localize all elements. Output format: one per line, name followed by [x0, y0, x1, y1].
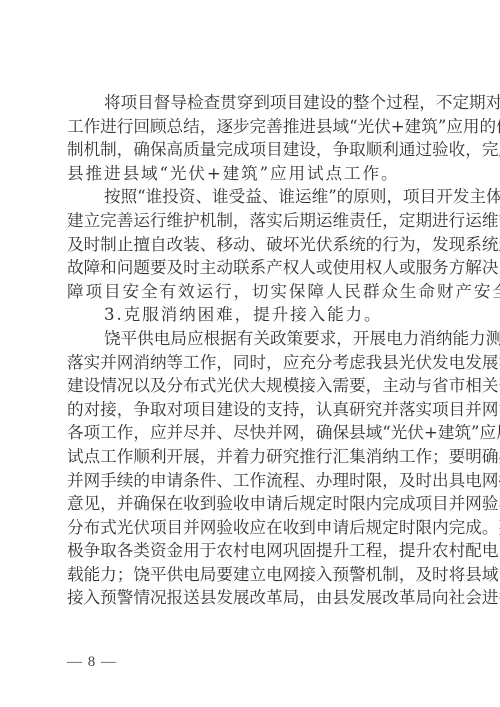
text-line: 分布式光伏项目并网验收应在收到申请后规定时限内完成。要积 [67, 516, 439, 540]
text-line: 意见，并确保在收到验收申请后规定时限内完成项目并网验收。 [67, 492, 439, 516]
body-text: 将项目督导检查贯穿到项目建设的整个过程，不定期对试点 工作进行回顾总结，逐步完善… [67, 91, 439, 610]
text-line: 按照“谁投资、谁受益、谁运维”的原则，项目开发主体要 [67, 185, 439, 209]
page-number: — 8 — [67, 654, 117, 671]
text-line: 极争取各类资金用于农村电网巩固提升工程，提升农村配电网承 [67, 539, 439, 563]
text-line: 接入预警情况报送县发展改革局，由县发展改革局向社会进行公 [67, 586, 439, 610]
section-heading: 3.克服消纳困难，提升接入能力。 [67, 303, 439, 327]
text-line: 各项工作，应并尽并、尽快并网，确保县域“光伏+建筑”应用 [67, 421, 439, 445]
text-line: 载能力；饶平供电局要建立电网接入预警机制，及时将县域电网 [67, 563, 439, 587]
text-line: 并网手续的申请条件、工作流程、办理时限，及时出具电网接入 [67, 469, 439, 493]
text-line: 的对接，争取对项目建设的支持，认真研究并落实项目并网消纳 [67, 398, 439, 422]
document-page: 将项目督导检查贯穿到项目建设的整个过程，不定期对试点 工作进行回顾总结，逐步完善… [0, 0, 500, 707]
text-line: 制机制，确保高质量完成项目建设，争取顺利通过验收，完成我 [67, 138, 439, 162]
text-line: 工作进行回顾总结，逐步完善推进县域“光伏+建筑”应用的体 [67, 115, 439, 139]
text-line: 试点工作顺利开展，并着力研究推行汇集消纳工作；要明确办理 [67, 445, 439, 469]
text-line: 饶平供电局应根据有关政策要求，开展电力消纳能力测算和 [67, 327, 439, 351]
text-line: 落实并网消纳等工作，同时，应充分考虑我县光伏发电发展潜力、 [67, 351, 439, 375]
text-line: 故障和问题要及时主动联系产权人或使用权人或服务方解决，保 [67, 256, 439, 280]
text-line: 障项目安全有效运行，切实保障人民群众生命财产安全。 [67, 280, 439, 304]
text-line: 县推进县域“光伏+建筑”应用试点工作。 [67, 162, 439, 186]
text-line: 将项目督导检查贯穿到项目建设的整个过程，不定期对试点 [67, 91, 439, 115]
text-line: 建立完善运行维护机制，落实后期运维责任，定期进行运维管理， [67, 209, 439, 233]
text-line: 建设情况以及分布式光伏大规模接入需要，主动与省市相关部门 [67, 374, 439, 398]
text-line: 及时制止擅自改装、移动、破坏光伏系统的行为，发现系统运行 [67, 233, 439, 257]
